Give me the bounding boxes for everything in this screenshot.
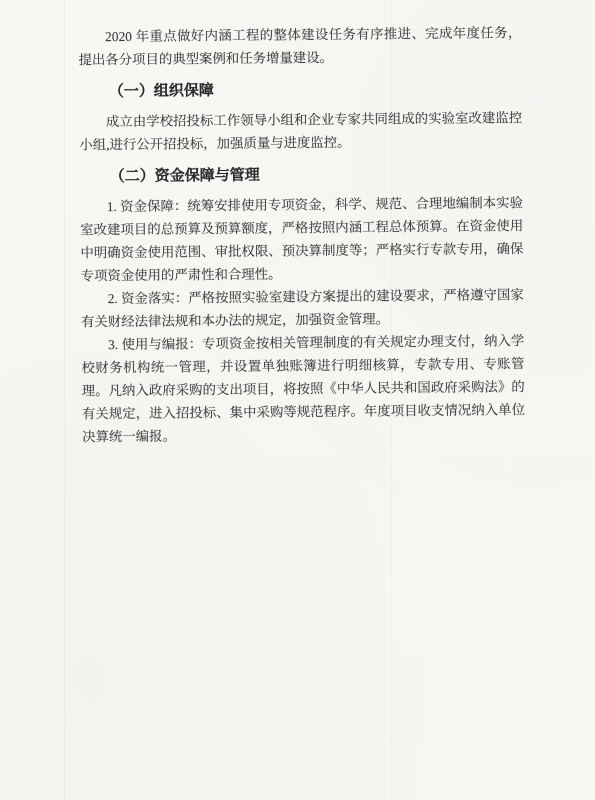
document-content: 2020 年重点做好内涵工程的整体建设任务有序推进、完成年度任务，提出各分项目的… (0, 0, 595, 449)
section-1-paragraph-1: 成立由学校招投标工作领导小组和企业专家共同组成的实验室改建监控小组,进行公开招投… (79, 106, 522, 156)
intro-paragraph: 2020 年重点做好内涵工程的整体建设任务有序推进、完成年度任务，提出各分项目的… (78, 21, 521, 71)
section-2-paragraph-2: 2. 资金落实：严格按照实验室建设方案提出的建设要求，严格遵守国家有关财经法律法… (81, 283, 524, 333)
section-2-paragraph-1: 1. 资金保障：统筹安排使用专项资金，科学、规范、合理地编制本实验室改建项目的总… (80, 191, 524, 287)
section-1-heading: （一）组织保障 (79, 78, 522, 102)
section-2-paragraph-3: 3. 使用与编报：专项资金按相关管理制度的有关规定办理支付，纳入学校财务机构统一… (81, 329, 525, 448)
section-2-heading: （二）资金保障与管理 (80, 163, 523, 187)
scanned-page: 2020 年重点做好内涵工程的整体建设任务有序推进、完成年度任务，提出各分项目的… (0, 0, 595, 449)
